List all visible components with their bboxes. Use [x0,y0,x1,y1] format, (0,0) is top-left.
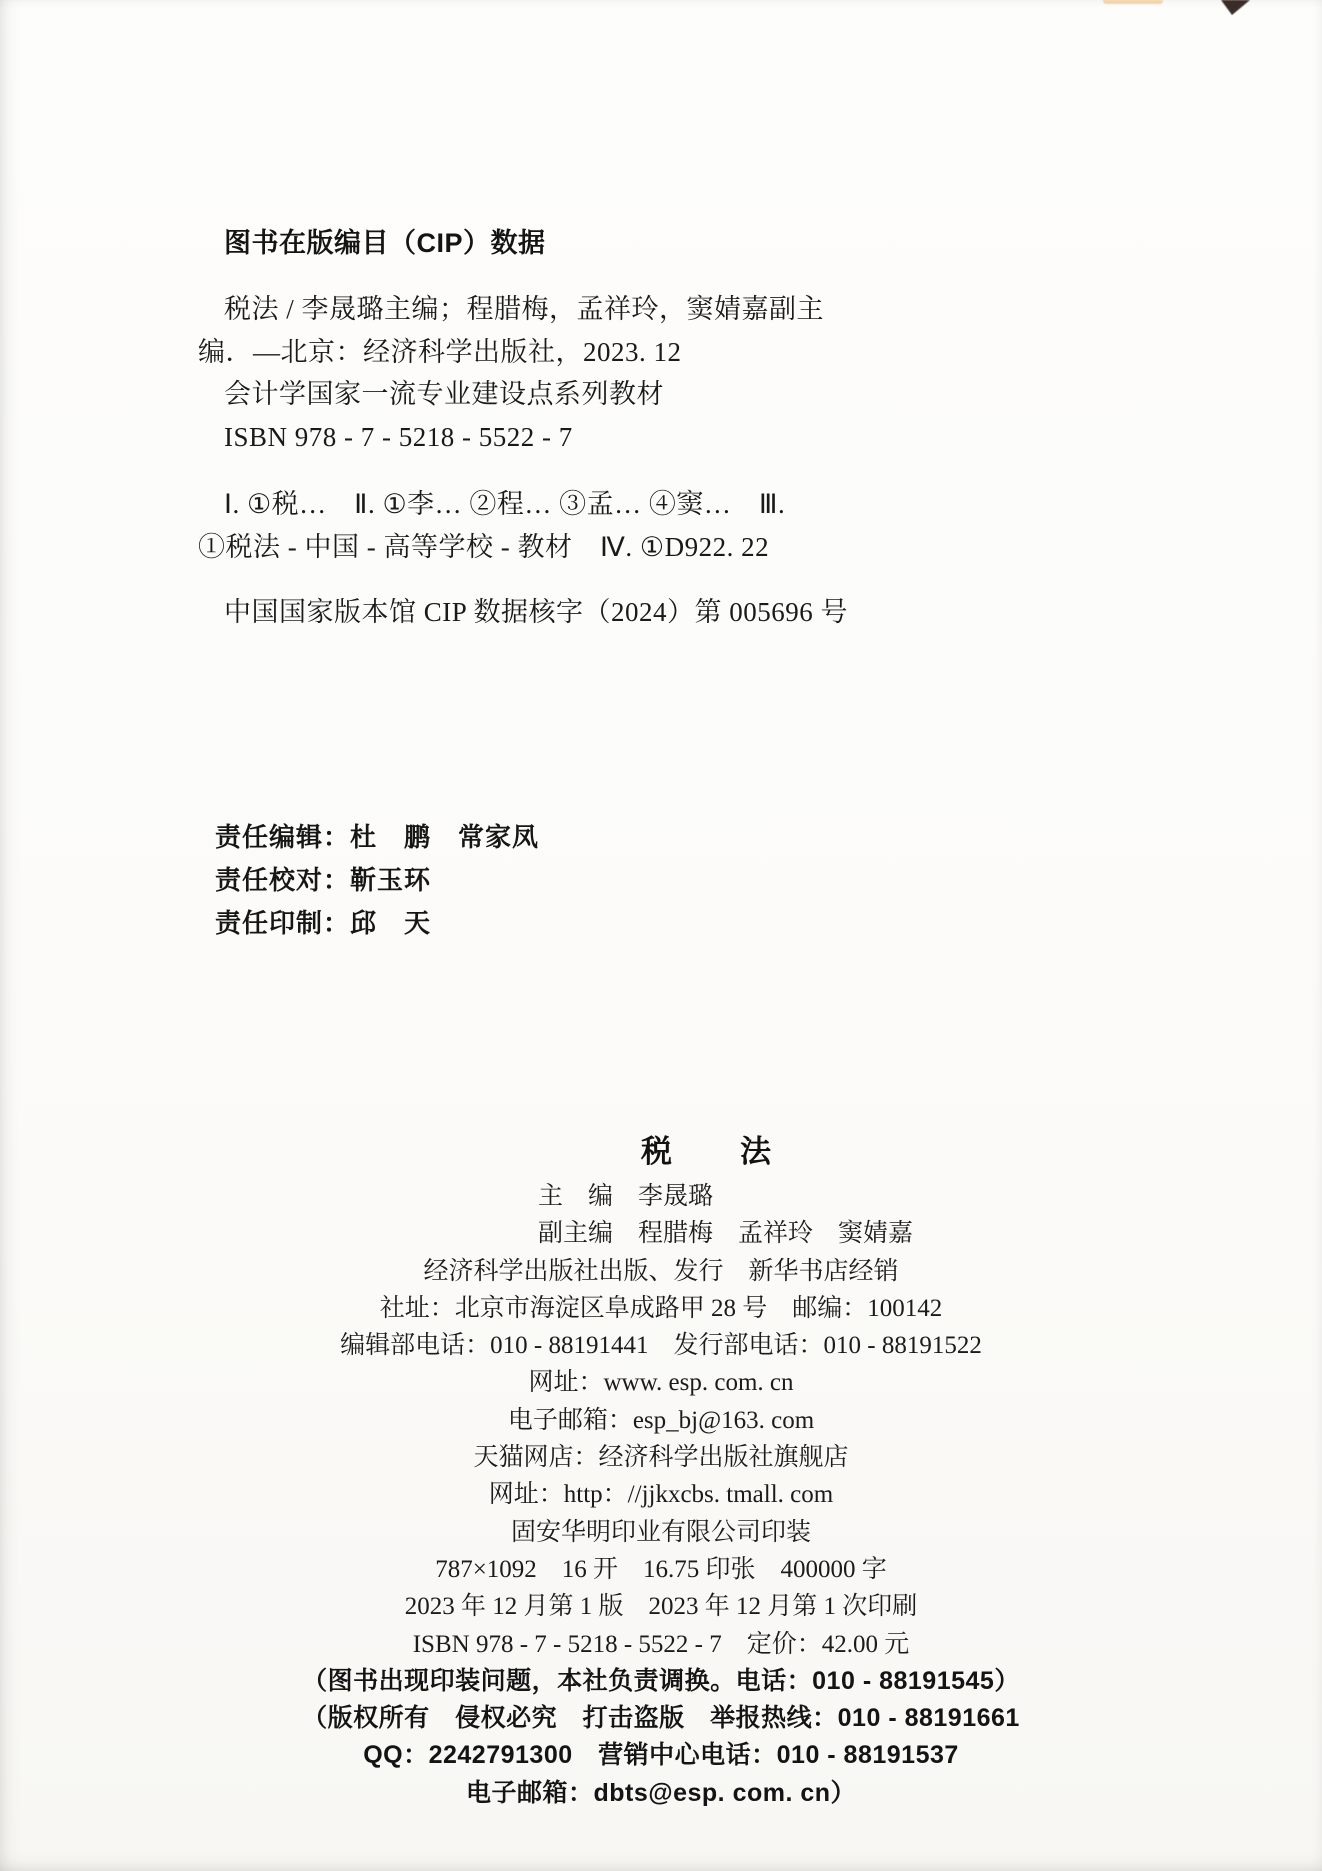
binding-notice-line: （图书出现印装问题，本社负责调换。电话：010 - 88191545） [0,1663,1322,1700]
phones-line: 编辑部电话：010 - 88191441 发行部电话：010 - 8819152… [0,1327,1322,1364]
responsible-proofreader-line: 责任校对：靳玉环 [215,859,539,902]
responsible-printer-line: 责任印制：邱 天 [215,902,539,945]
responsible-editor-line: 责任编辑：杜 鹏 常家凤 [215,816,539,859]
cip-record-number-line: 中国国家版本馆 CIP 数据核字（2024）第 005696 号 [224,591,848,634]
cip-heading: 图书在版编目（CIP）数据 [224,226,848,260]
associate-editors-line: 副主编 程腊梅 孟祥玲 窦婧嘉 [538,1215,1322,1252]
edition-line: 2023 年 12 月第 1 版 2023 年 12 月第 1 次印刷 [0,1588,1322,1625]
copyright-notice-line: （版权所有 侵权必究 打击盗版 举报热线：010 - 88191661 [0,1700,1322,1737]
address-line: 社址：北京市海淀区阜成路甲 28 号 邮编：100142 [0,1290,1322,1327]
cip-classification-line: ①税法 - 中国 - 高等学校 - 教材 Ⅳ. ①D922. 22 [198,526,848,569]
book-copyright-page: 图书在版编目（CIP）数据 税法 / 李晟璐主编；程腊梅，孟祥玲，窦婧嘉副主 编… [0,0,1322,1871]
book-title: 税 法 [46,1132,1322,1178]
publisher-line: 经济科学出版社出版、发行 新华书店经销 [0,1253,1322,1290]
printing-company-line: 固安华明印业有限公司印装 [0,1514,1322,1551]
qq-marketing-line: QQ：2242791300 营销中心电话：010 - 88191537 [0,1737,1322,1774]
cip-isbn-line: ISBN 978 - 7 - 5218 - 5522 - 7 [224,416,848,459]
tmall-store-line: 天猫网店：经济科学出版社旗舰店 [0,1439,1322,1476]
chief-editor-line: 主 编 李晟璐 [538,1178,1322,1215]
isbn-price-line: ISBN 978 - 7 - 5218 - 5522 - 7 定价：42.00 … [0,1626,1322,1663]
cip-entry-line: 税法 / 李晟璐主编；程腊梅，孟祥玲，窦婧嘉副主 [224,288,848,331]
staff-block: 责任编辑：杜 鹏 常家凤 责任校对：靳玉环 责任印制：邱 天 [215,816,539,945]
cip-data-block: 图书在版编目（CIP）数据 税法 / 李晟璐主编；程腊梅，孟祥玲，窦婧嘉副主 编… [198,226,848,634]
website-line: 网址：www. esp. com. cn [0,1364,1322,1401]
cip-series-line: 会计学国家一流专业建设点系列教材 [224,373,848,416]
format-line: 787×1092 16 开 16.75 印张 400000 字 [0,1551,1322,1588]
cip-entry-line: 编．—北京：经济科学出版社，2023. 12 [198,331,848,374]
cip-classification-line: Ⅰ. ①税… Ⅱ. ①李… ②程… ③孟… ④窦… Ⅲ. [224,483,848,526]
scan-corner-artifact [1221,0,1250,15]
scan-edge-artifact [1103,0,1163,4]
service-email-line: 电子邮箱：dbts@esp. com. cn） [0,1775,1322,1812]
tmall-url-line: 网址：http：//jjkxcbs. tmall. com [0,1476,1322,1513]
email-line: 电子邮箱：esp_bj@163. com [0,1402,1322,1439]
colophon-block: 税 法 主 编 李晟璐 副主编 程腊梅 孟祥玲 窦婧嘉 经济科学出版社出版、发行… [0,1132,1322,1812]
